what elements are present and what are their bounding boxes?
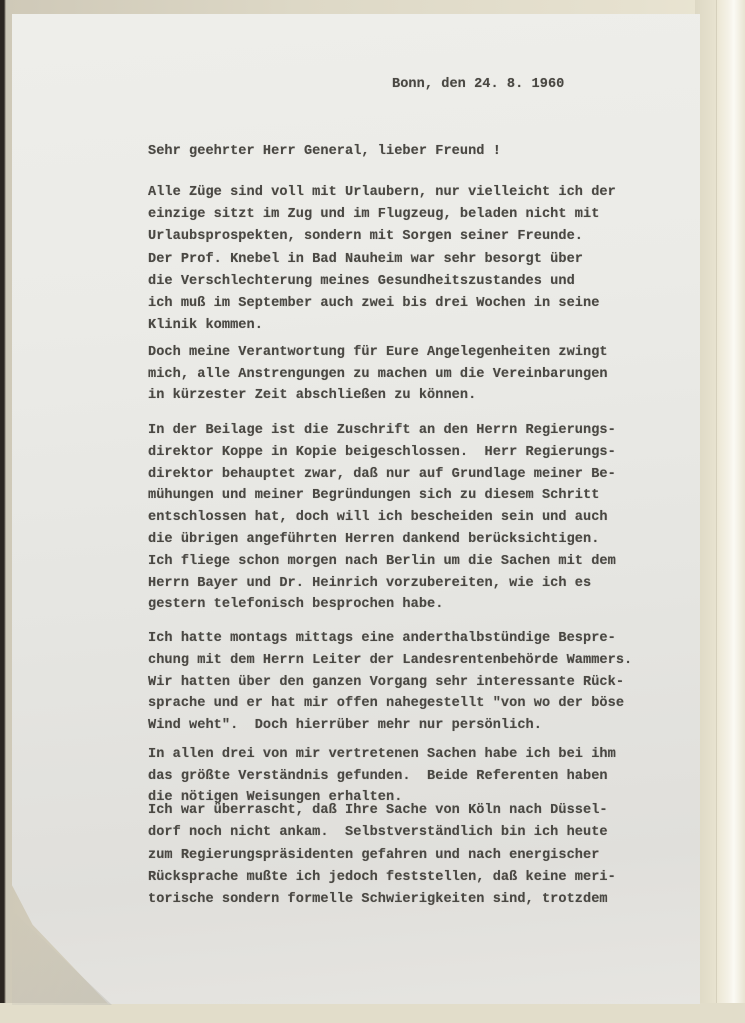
letter-line: Doch meine Verantwortung für Eure Angele…	[148, 345, 608, 360]
letter-line: in kürzester Zeit abschließen zu können.	[148, 388, 476, 403]
letter-line: chung mit dem Herrn Leiter der Landesren…	[148, 653, 632, 668]
letter-line: Ich hatte montags mittags eine anderthal…	[148, 631, 616, 646]
letter-line: das größte Verständnis gefunden. Beide R…	[148, 769, 608, 784]
letter-line: direktor Koppe in Kopie beigeschlossen. …	[148, 445, 616, 460]
letter-line: entschlossen hat, doch will ich bescheid…	[148, 510, 608, 525]
letter-line: gestern telefonisch besprochen habe.	[148, 597, 443, 612]
letter-line: Urlaubsprospekten, sondern mit Sorgen se…	[148, 229, 583, 244]
letter-line: Wind weht". Doch hierrüber mehr nur pers…	[148, 718, 542, 733]
letter-line: In der Beilage ist die Zuschrift an den …	[148, 423, 616, 438]
salutation: Sehr geehrter Herr General, lieber Freun…	[148, 144, 501, 159]
letter-line: In allen drei von mir vertretenen Sachen…	[148, 747, 616, 762]
dateline: Bonn, den 24. 8. 1960	[392, 77, 564, 92]
letter-line: Herrn Bayer und Dr. Heinrich vorzubereit…	[148, 576, 591, 591]
letter-line: torische sondern formelle Schwierigkeite…	[148, 892, 608, 907]
letter-line: mich, alle Anstrengungen zu machen um di…	[148, 367, 608, 382]
letter-body: Bonn, den 24. 8. 1960 Sehr geehrter Herr…	[0, 0, 745, 1023]
letter-line: Wir hatten über den ganzen Vorgang sehr …	[148, 675, 624, 690]
letter-line: direktor behauptet zwar, daß nur auf Gru…	[148, 467, 616, 482]
letter-line: Ich war überrascht, daß Ihre Sache von K…	[148, 803, 608, 818]
letter-line: zum Regierungspräsidenten gefahren und n…	[148, 848, 599, 863]
letter-line: Klinik kommen.	[148, 318, 263, 333]
letter-line: Rücksprache mußte ich jedoch feststellen…	[148, 870, 616, 885]
letter-line: Der Prof. Knebel in Bad Nauheim war sehr…	[148, 252, 583, 267]
letter-line: Alle Züge sind voll mit Urlaubern, nur v…	[148, 185, 616, 200]
letter-line: mühungen und meiner Begründungen sich zu…	[148, 488, 599, 503]
letter-line: die Verschlechterung meines Gesundheitsz…	[148, 274, 575, 289]
letter-line: Ich fliege schon morgen nach Berlin um d…	[148, 554, 616, 569]
letter-line: einzige sitzt im Zug und im Flugzeug, be…	[148, 207, 599, 222]
letter-line: sprache und er hat mir offen nahegestell…	[148, 696, 624, 711]
letter-line: dorf noch nicht ankam. Selbstverständlic…	[148, 825, 608, 840]
letter-line: die übrigen angeführten Herren dankend b…	[148, 532, 599, 547]
letter-line: ich muß im September auch zwei bis drei …	[148, 296, 599, 311]
